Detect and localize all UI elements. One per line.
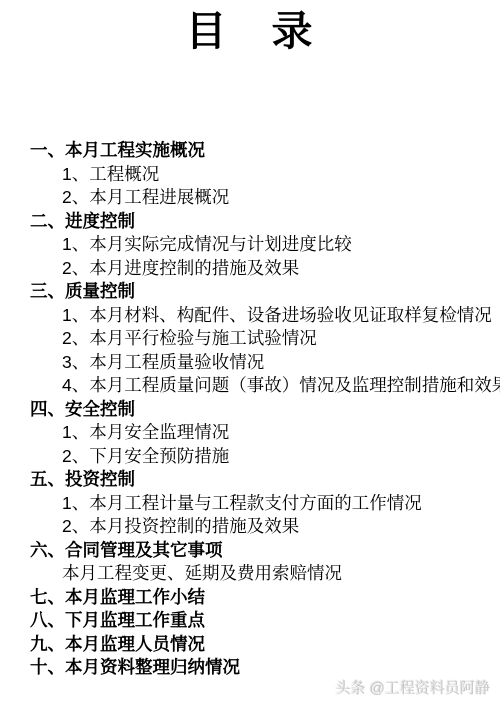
toc-sub-item: 1、本月安全监理情况	[0, 421, 500, 445]
toc-section-item: 八、下月监理工作重点	[0, 609, 500, 633]
toc-item-label: 三、	[30, 281, 65, 301]
toc-item-text: 本月监理人员情况	[65, 634, 205, 654]
toc-sub-item: 1、本月实际完成情况与计划进度比较	[0, 233, 500, 257]
toc-item-text: 本月平行检验与施工试验情况	[89, 328, 317, 348]
toc-item-label: 1、	[62, 493, 89, 513]
toc-item-label: 3、	[62, 352, 89, 372]
toutiao-watermark: 头条 @工程资料员阿静	[336, 677, 490, 698]
toc-item-text: 合同管理及其它事项	[65, 540, 223, 560]
table-of-contents: 一、本月工程实施概况 1、工程概况 2、本月工程进展概况 二、进度控制 1、本月…	[0, 139, 500, 680]
toc-sub-item: 2、本月进度控制的措施及效果	[0, 257, 500, 281]
toc-item-text: 工程概况	[89, 164, 159, 184]
toc-item-text: 投资控制	[65, 469, 135, 489]
toc-item-label: 2、	[62, 446, 89, 466]
toc-item-text: 本月实际完成情况与计划进度比较	[89, 234, 352, 254]
toc-sub-item: 2、本月工程进展概况	[0, 186, 500, 210]
toc-section-item: 三、质量控制	[0, 280, 500, 304]
toc-item-label: 八、	[30, 610, 65, 630]
page-title: 目 录	[0, 0, 500, 55]
toc-item-text: 本月工程变更、延期及费用索赔情况	[62, 563, 342, 583]
toc-item-label: 四、	[30, 399, 65, 419]
toc-section-item: 六、合同管理及其它事项	[0, 539, 500, 563]
toc-sub-item: 本月工程变更、延期及费用索赔情况	[0, 562, 500, 586]
toc-item-text: 安全控制	[65, 399, 135, 419]
toc-item-label: 2、	[62, 258, 89, 278]
toc-item-label: 2、	[62, 187, 89, 207]
toc-item-label: 1、	[62, 164, 89, 184]
toc-item-text: 本月工程进展概况	[89, 187, 229, 207]
toc-section-item: 四、安全控制	[0, 398, 500, 422]
toc-item-text: 本月材料、构配件、设备进场验收见证取样复检情况	[89, 305, 492, 325]
toc-sub-item: 1、工程概况	[0, 163, 500, 187]
document-page: 目 录 一、本月工程实施概况 1、工程概况 2、本月工程进展概况 二、进度控制 …	[0, 0, 500, 707]
toc-item-text: 本月工程质量验收情况	[89, 352, 264, 372]
toc-section-item: 二、进度控制	[0, 210, 500, 234]
toc-sub-item: 1、本月材料、构配件、设备进场验收见证取样复检情况	[0, 304, 500, 328]
toc-item-label: 二、	[30, 211, 65, 231]
toc-item-text: 本月投资控制的措施及效果	[89, 516, 299, 536]
toc-sub-item: 4、本月工程质量问题（事故）情况及监理控制措施和效果	[0, 374, 500, 398]
toc-item-text: 本月工程实施概况	[65, 140, 205, 160]
toc-sub-item: 2、本月投资控制的措施及效果	[0, 515, 500, 539]
toc-sub-item: 2、本月平行检验与施工试验情况	[0, 327, 500, 351]
toc-item-text: 下月安全预防措施	[89, 446, 229, 466]
toc-item-text: 本月工程质量问题（事故）情况及监理控制措施和效果	[89, 375, 500, 395]
toc-item-text: 本月工程计量与工程款支付方面的工作情况	[89, 493, 422, 513]
toc-item-text: 本月资料整理归纳情况	[65, 657, 240, 677]
toc-item-label: 十、	[30, 657, 65, 677]
toc-section-item: 五、投资控制	[0, 468, 500, 492]
toc-item-label: 1、	[62, 422, 89, 442]
toc-item-text: 本月安全监理情况	[89, 422, 229, 442]
toc-item-text: 进度控制	[65, 211, 135, 231]
toc-item-text: 质量控制	[65, 281, 135, 301]
toc-item-label: 1、	[62, 305, 89, 325]
toc-item-label: 七、	[30, 587, 65, 607]
toc-sub-item: 2、下月安全预防措施	[0, 445, 500, 469]
toc-item-label: 1、	[62, 234, 89, 254]
toc-sub-item: 3、本月工程质量验收情况	[0, 351, 500, 375]
toc-item-label: 2、	[62, 516, 89, 536]
toc-item-text: 下月监理工作重点	[65, 610, 205, 630]
toc-item-text: 本月进度控制的措施及效果	[89, 258, 299, 278]
toc-item-label: 九、	[30, 634, 65, 654]
toc-item-label: 2、	[62, 328, 89, 348]
toc-item-label: 五、	[30, 469, 65, 489]
toc-item-label: 一、	[30, 140, 65, 160]
toc-section-item: 七、本月监理工作小结	[0, 586, 500, 610]
toc-item-text: 本月监理工作小结	[65, 587, 205, 607]
toc-section-item: 一、本月工程实施概况	[0, 139, 500, 163]
toc-sub-item: 1、本月工程计量与工程款支付方面的工作情况	[0, 492, 500, 516]
toc-item-label: 六、	[30, 540, 65, 560]
toc-item-label: 4、	[62, 375, 89, 395]
toc-section-item: 九、本月监理人员情况	[0, 633, 500, 657]
